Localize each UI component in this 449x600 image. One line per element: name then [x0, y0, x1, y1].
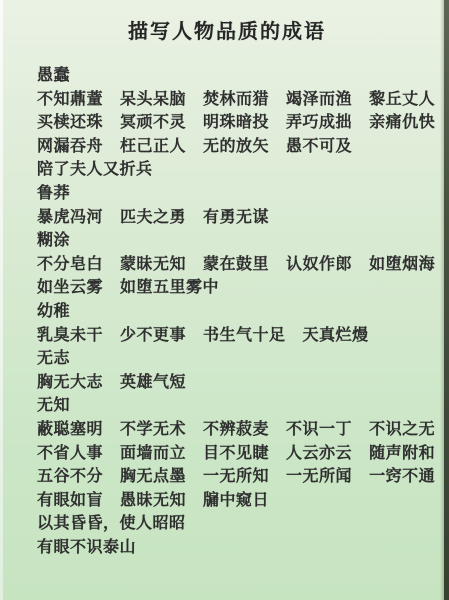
idiom-row: 暴虎冯河匹夫之勇有勇无谋	[37, 206, 417, 230]
idiom: 冥顽不灵	[120, 111, 186, 135]
idiom: 书生气十足	[203, 324, 286, 348]
section-category: 鲁莽	[37, 182, 417, 206]
idiom: 人云亦云	[286, 442, 352, 466]
idiom-row: 不分皂白蒙昧无知蒙在鼓里认奴作郎如堕烟海	[37, 253, 417, 277]
idiom: 认奴作郎	[286, 253, 352, 277]
idiom-row: 买椟还珠冥顽不灵明珠暗投弄巧成拙亲痛仇快	[37, 111, 417, 135]
idiom: 无的放矢	[203, 135, 269, 159]
idiom-row: 陪了夫人又折兵	[37, 158, 417, 182]
idiom-row: 乳臭未干少不更事书生气十足天真烂熳	[37, 324, 417, 348]
idiom: 一窍不通	[369, 465, 435, 489]
idiom: 匹夫之勇	[120, 206, 186, 230]
idiom: 蒙昧无知	[120, 253, 186, 277]
idiom: 一无所闻	[286, 465, 352, 489]
idiom-row: 五谷不分胸无点墨一无所知一无所闻一窍不通	[37, 465, 417, 489]
section-category: 愚蠢	[37, 64, 417, 88]
idiom-list: 愚蠢不知薡蕫呆头呆脑焚林而猎竭泽而渔黎丘丈人买椟还珠冥顽不灵明珠暗投弄巧成拙亲痛…	[37, 64, 417, 559]
idiom: 不分皂白	[37, 253, 103, 277]
idiom: 不学无术	[120, 418, 186, 442]
idiom: 蒙在鼓里	[203, 253, 269, 277]
section-category: 无志	[37, 347, 417, 371]
idiom: 枉己正人	[120, 135, 186, 159]
idiom: 如坐云雾	[37, 276, 103, 300]
idiom-row: 以其昏昏，使人昭昭	[37, 512, 417, 536]
idiom: 明珠暗投	[203, 111, 269, 135]
idiom: 目不见睫	[203, 442, 269, 466]
idiom: 黎丘丈人	[369, 88, 435, 112]
idiom: 暴虎冯河	[37, 206, 103, 230]
idiom: 买椟还珠	[37, 111, 103, 135]
idiom: 陪了夫人又折兵	[37, 158, 153, 182]
idiom: 网漏吞舟	[37, 135, 103, 159]
idiom: 有眼不识泰山	[37, 536, 136, 560]
idiom-row: 胸无大志英雄气短	[37, 371, 417, 395]
idiom: 牖中窥日	[203, 489, 269, 513]
page-left-edge	[0, 0, 3, 600]
idiom: 不辨菽麦	[203, 418, 269, 442]
idiom-row: 有眼不识泰山	[37, 536, 417, 560]
idiom: 乳臭未干	[37, 324, 103, 348]
idiom-row: 不知薡蕫呆头呆脑焚林而猎竭泽而渔黎丘丈人	[37, 88, 417, 112]
idiom-row: 如坐云雾如堕五里雾中	[37, 276, 417, 300]
idiom: 天真烂熳	[303, 324, 369, 348]
idiom-row: 有眼如盲愚昧无知牖中窥日	[37, 489, 417, 513]
idiom: 面墙而立	[120, 442, 186, 466]
section-category: 幼稚	[37, 300, 417, 324]
idiom: 胸无大志	[37, 371, 103, 395]
idiom: 英雄气短	[120, 371, 186, 395]
idiom: 有眼如盲	[37, 489, 103, 513]
idiom: 亲痛仇快	[369, 111, 435, 135]
idiom: 一无所知	[203, 465, 269, 489]
page-right-edge	[444, 0, 449, 600]
idiom: 如堕烟海	[369, 253, 435, 277]
idiom: 五谷不分	[37, 465, 103, 489]
idiom: 有勇无谋	[203, 206, 269, 230]
idiom: 胸无点墨	[120, 465, 186, 489]
idiom: 竭泽而渔	[286, 88, 352, 112]
idiom: 愚昧无知	[120, 489, 186, 513]
idiom: 以其昏昏，使人昭昭	[37, 512, 186, 536]
idiom: 不识之无	[369, 418, 435, 442]
page-content: 描写人物品质的成语 愚蠢不知薡蕫呆头呆脑焚林而猎竭泽而渔黎丘丈人买椟还珠冥顽不灵…	[37, 15, 417, 559]
idiom: 随声附和	[369, 442, 435, 466]
idiom: 少不更事	[120, 324, 186, 348]
page-title: 描写人物品质的成语	[37, 15, 417, 44]
idiom: 焚林而猎	[203, 88, 269, 112]
section-category: 糊涂	[37, 229, 417, 253]
idiom: 弄巧成拙	[286, 111, 352, 135]
idiom: 不识一丁	[286, 418, 352, 442]
idiom-row: 网漏吞舟枉己正人无的放矢愚不可及	[37, 135, 417, 159]
idiom: 不知薡蕫	[37, 88, 103, 112]
idiom: 如堕五里雾中	[120, 276, 219, 300]
idiom: 不省人事	[37, 442, 103, 466]
section-category: 无知	[37, 394, 417, 418]
idiom: 呆头呆脑	[120, 88, 186, 112]
idiom: 蔽聪塞明	[37, 418, 103, 442]
idiom-row: 蔽聪塞明不学无术不辨菽麦不识一丁不识之无	[37, 418, 417, 442]
idiom: 愚不可及	[286, 135, 352, 159]
idiom-row: 不省人事面墙而立目不见睫人云亦云随声附和	[37, 442, 417, 466]
scanned-page: 描写人物品质的成语 愚蠢不知薡蕫呆头呆脑焚林而猎竭泽而渔黎丘丈人买椟还珠冥顽不灵…	[0, 0, 449, 600]
